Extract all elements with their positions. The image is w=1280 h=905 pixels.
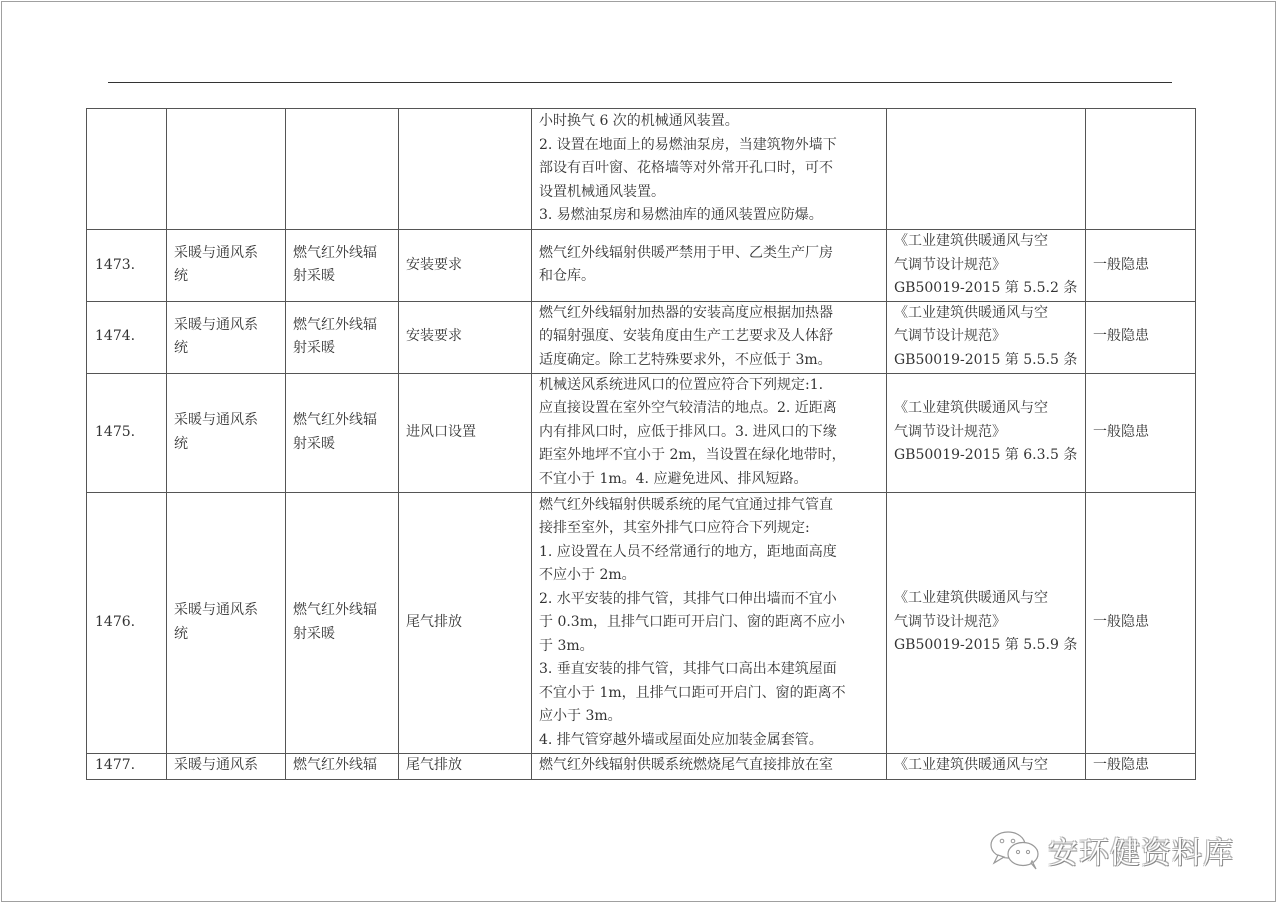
- cell-reference: 《工业建筑供暖通风与空 气调节设计规范》 GB50019-2015 第 5.5.…: [887, 230, 1086, 302]
- cell-reference: 《工业建筑供暖通风与空: [887, 753, 1086, 779]
- cell-number: 1476.: [87, 492, 167, 753]
- cell-reference: [887, 109, 1086, 230]
- watermark: 安环健资料库: [988, 828, 1234, 872]
- table-row: 小时换气 6 次的机械通风装置。 2. 设置在地面上的易燃油泵房，当建筑物外墙下…: [87, 109, 1196, 230]
- table-row: 1477. 采暖与通风系 燃气红外线辐 尾气排放 燃气红外线辐射供暖系统燃烧尾气…: [87, 753, 1196, 779]
- cell-system: [167, 109, 286, 230]
- cell-subsystem: [286, 109, 399, 230]
- cell-hazard-level: 一般隐患: [1086, 373, 1196, 492]
- cell-check-item: 安装要求: [399, 301, 532, 373]
- cell-requirement: 燃气红外线辐射供暖严禁用于甲、乙类生产厂房 和仓库。: [532, 230, 887, 302]
- cell-subsystem: 燃气红外线辐: [286, 753, 399, 779]
- cell-reference: 《工业建筑供暖通风与空 气调节设计规范》 GB50019-2015 第 6.3.…: [887, 373, 1086, 492]
- cell-system: 采暖与通风系: [167, 753, 286, 779]
- cell-requirement: 小时换气 6 次的机械通风装置。 2. 设置在地面上的易燃油泵房，当建筑物外墙下…: [532, 109, 887, 230]
- cell-subsystem: 燃气红外线辐 射采暖: [286, 301, 399, 373]
- cell-number: 1477.: [87, 753, 167, 779]
- table-row: 1476. 采暖与通风系 统 燃气红外线辐 射采暖 尾气排放 燃气红外线辐射供暖…: [87, 492, 1196, 753]
- wechat-icon: [988, 829, 1044, 871]
- header-rule: [108, 82, 1172, 83]
- cell-requirement: 机械送风系统进风口的位置应符合下列规定:1. 应直接设置在室外空气较清洁的地点。…: [532, 373, 887, 492]
- table-row: 1474. 采暖与通风系 统 燃气红外线辐 射采暖 安装要求 燃气红外线辐射加热…: [87, 301, 1196, 373]
- cell-reference: 《工业建筑供暖通风与空 气调节设计规范》 GB50019-2015 第 5.5.…: [887, 492, 1086, 753]
- watermark-text: 安环健资料库: [1048, 828, 1234, 872]
- cell-check-item: 进风口设置: [399, 373, 532, 492]
- cell-check-item: [399, 109, 532, 230]
- cell-number: [87, 109, 167, 230]
- cell-hazard-level: 一般隐患: [1086, 492, 1196, 753]
- table-row: 1473. 采暖与通风系 统 燃气红外线辐 射采暖 安装要求 燃气红外线辐射供暖…: [87, 230, 1196, 302]
- cell-check-item: 尾气排放: [399, 492, 532, 753]
- cell-system: 采暖与通风系 统: [167, 492, 286, 753]
- cell-system: 采暖与通风系 统: [167, 373, 286, 492]
- cell-subsystem: 燃气红外线辐 射采暖: [286, 373, 399, 492]
- cell-hazard-level: 一般隐患: [1086, 753, 1196, 779]
- cell-requirement: 燃气红外线辐射供暖系统燃烧尾气直接排放在室: [532, 753, 887, 779]
- cell-reference: 《工业建筑供暖通风与空 气调节设计规范》 GB50019-2015 第 5.5.…: [887, 301, 1086, 373]
- cell-subsystem: 燃气红外线辐 射采暖: [286, 230, 399, 302]
- cell-hazard-level: [1086, 109, 1196, 230]
- cell-hazard-level: 一般隐患: [1086, 301, 1196, 373]
- cell-requirement: 燃气红外线辐射供暖系统的尾气宜通过排气管直 接排至室外，其室外排气口应符合下列规…: [532, 492, 887, 753]
- cell-system: 采暖与通风系 统: [167, 230, 286, 302]
- cell-check-item: 安装要求: [399, 230, 532, 302]
- cell-hazard-level: 一般隐患: [1086, 230, 1196, 302]
- cell-number: 1473.: [87, 230, 167, 302]
- cell-check-item: 尾气排放: [399, 753, 532, 779]
- cell-number: 1475.: [87, 373, 167, 492]
- table-row: 1475. 采暖与通风系 统 燃气红外线辐 射采暖 进风口设置 机械送风系统进风…: [87, 373, 1196, 492]
- cell-requirement: 燃气红外线辐射加热器的安装高度应根据加热器 的辐射强度、安装角度由生产工艺要求及…: [532, 301, 887, 373]
- hazard-checklist-table: 小时换气 6 次的机械通风装置。 2. 设置在地面上的易燃油泵房，当建筑物外墙下…: [86, 108, 1196, 780]
- cell-subsystem: 燃气红外线辐 射采暖: [286, 492, 399, 753]
- cell-system: 采暖与通风系 统: [167, 301, 286, 373]
- cell-number: 1474.: [87, 301, 167, 373]
